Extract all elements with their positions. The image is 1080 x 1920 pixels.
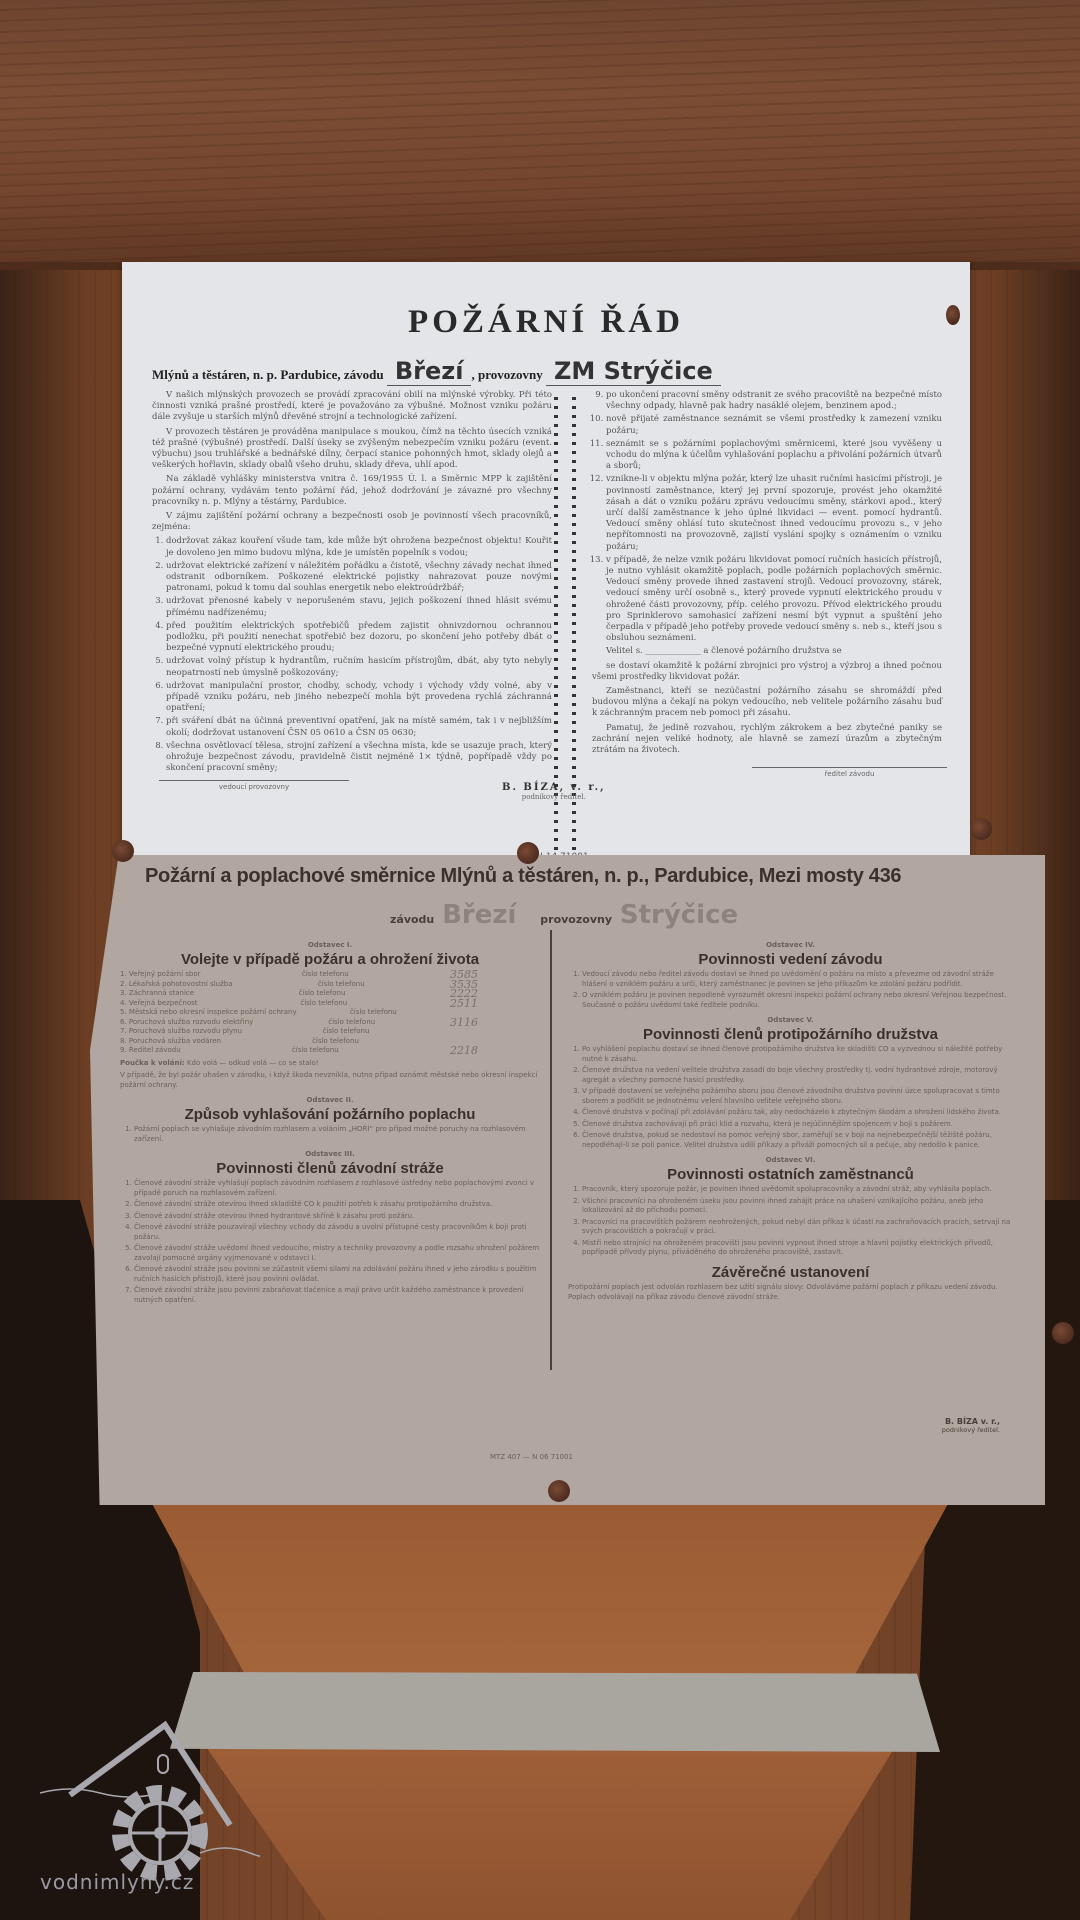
guidelines-left-column: Odstavec I. Volejte v případě požáru a o… [120,935,540,1307]
fire-order-left-column: V našich mlýnských provozech se provádí … [152,390,552,777]
list-item: Pracovníci na pracovištích požárem neohr… [582,1218,1013,1237]
watermark-text: vodnimlyny.cz [40,1870,194,1894]
list-item: Členové závodní stráže jsou povinni zabr… [134,1286,540,1305]
list-item: Po vyhlášení poplachu dostaví se ihned č… [582,1045,1013,1064]
list-item: při sváření dbát na účinná preventivní o… [166,716,552,738]
list-item: Členové závodní stráže otevírou ihned sk… [134,1200,540,1210]
notice-fire-order: POŽÁRNÍ ŘÁD Mlýnů a těstáren, n. p. Pard… [122,262,970,867]
list-item: Členové závodní stráže jsou povinni se z… [134,1265,540,1284]
column-divider [550,930,552,1370]
list-item: Členové družstva v počínají při zdoláván… [582,1108,1013,1118]
duties-list-right: po ukončení pracovní směny odstranit ze … [592,390,942,644]
emergency-contacts: 1. Veřejný požární sborčíslo telefonu358… [120,970,540,1056]
list-item: Členové závodní stráže otevírou ihned hy… [134,1212,540,1222]
signature-line-director: ředitel závodu [752,767,947,778]
list-item: Členové družstva zachovávají při práci k… [582,1120,1013,1130]
final-provisions-heading: Závěrečné ustanovení [568,1268,1013,1278]
notice-alarm-guidelines: Požární a poplachové směrnice Mlýnů a tě… [90,855,1045,1505]
section-2-heading: Způsob vyhlašování požárního poplachu [120,1110,540,1120]
guidelines-title: Požární a poplachové směrnice Mlýnů a tě… [145,865,901,888]
duties-list-left: dodržovat zákaz kouření všude tam, kde m… [152,536,552,774]
list-item: Mistři nebo strojníci na ohroženém praco… [582,1239,1013,1258]
guidelines-right-column: Odstavec IV. Povinnosti vedení závodu Ve… [568,935,1013,1305]
list-item: všechna osvětlovací tělesa, strojní zaří… [166,741,552,775]
nail [548,1480,570,1502]
list-item: Členové družstva, pokud se nedostaví na … [582,1131,1013,1150]
fire-order-right-column: po ukončení pracovní směny odstranit ze … [592,390,942,759]
list-item: Všichni pracovníci na ohroženém úseku js… [582,1197,1013,1216]
stamped-site: Strýčice [616,900,758,930]
wavy-divider [554,397,582,887]
list-item: Členové družstva na vedení velitele druž… [582,1066,1013,1085]
list-item: udržovat volný přístup k hydrantům, ručn… [166,656,552,678]
section-1-heading: Volejte v případě požáru a ohrožení živo… [120,955,540,965]
nail [1052,1322,1074,1344]
nail [946,305,960,325]
signature-line-manager: vedoucí provozovny [159,780,349,791]
contact-row: 4. Veřejná bezpečnostčíslo telefonu2511 [120,999,540,1009]
section-5-heading: Povinnosti členů protipožárního družstva [568,1030,1013,1040]
list-item: dodržovat zákaz kouření všude tam, kde m… [166,536,552,558]
list-item: v případě, že nelze vznik požáru likvido… [606,555,942,645]
section-6-heading: Povinnosti ostatních zaměstnanců [568,1170,1013,1180]
list-item: vznikne-li v objektu mlýna požár, který … [606,474,942,552]
handwritten-site: ZM Strýčice [546,357,721,386]
list-item: nově přijaté zaměstnance seznámit se vše… [606,414,942,436]
wooden-wall-upper [0,0,1080,270]
section-4-heading: Povinnosti vedení závodu [568,955,1013,965]
list-item: před použitím elektrických spotřebičů př… [166,621,552,655]
list-item: Členové závodní stráže vyhlašují poplach… [134,1179,540,1198]
list-item: Požární poplach se vyhlašuje závodním ro… [134,1125,540,1144]
list-item: O vzniklém požáru je povinen nepodleně v… [582,991,1013,1010]
notice-title: POŽÁRNÍ ŘÁD [122,304,970,341]
signatory: B. BÍZA, v. r., podnikový ředitel. [502,782,606,801]
list-item: po ukončení pracovní směny odstranit ze … [606,390,942,412]
list-item: Členové závodní stráže uvědomí ihned ved… [134,1244,540,1263]
list-item: udržovat elektrické zařízení v náležitém… [166,561,552,595]
notice-subtitle: Mlýnů a těstáren, n. p. Pardubice, závod… [152,357,721,386]
list-item: udržovat manipulační prostor, chodby, sc… [166,681,552,715]
stamped-plant: Březí [438,900,536,930]
guidelines-signatory: B. BÍZA v. r., podnikový ředitel. [942,1417,1000,1434]
nail [112,840,134,862]
list-item: Členové závodní stráže pouzavírají všech… [134,1223,540,1242]
list-item: seznámit se s požárními poplachovými smě… [606,439,942,473]
contact-row: 9. Ředitel závodučíslo telefonu2218 [120,1046,540,1056]
contact-row: 7. Poruchová služba rozvodu plynučíslo t… [120,1027,540,1037]
hopper-band [170,1672,940,1752]
list-item: Vedoucí závodu nebo ředitel závodu dosta… [582,970,1013,989]
section-3-heading: Povinnosti členů závodní stráže [120,1164,540,1174]
guidelines-form-code: MTZ 407 — N 06 71001 [490,1453,573,1461]
nail [970,818,992,840]
list-item: Pracovník, který spozoruje požár, je pov… [582,1185,1013,1195]
guidelines-subtitle: závodu Březí provozovny Strýčice [390,900,758,930]
nail [517,842,539,864]
list-item: udržovat přenosné kabely v neporušeném s… [166,596,552,618]
handwritten-plant: Březí [387,357,472,386]
list-item: V případě dostavení se veřejného požární… [582,1087,1013,1106]
contact-row: 6. Poruchová služba rozvodu elektřinyčís… [120,1018,540,1028]
